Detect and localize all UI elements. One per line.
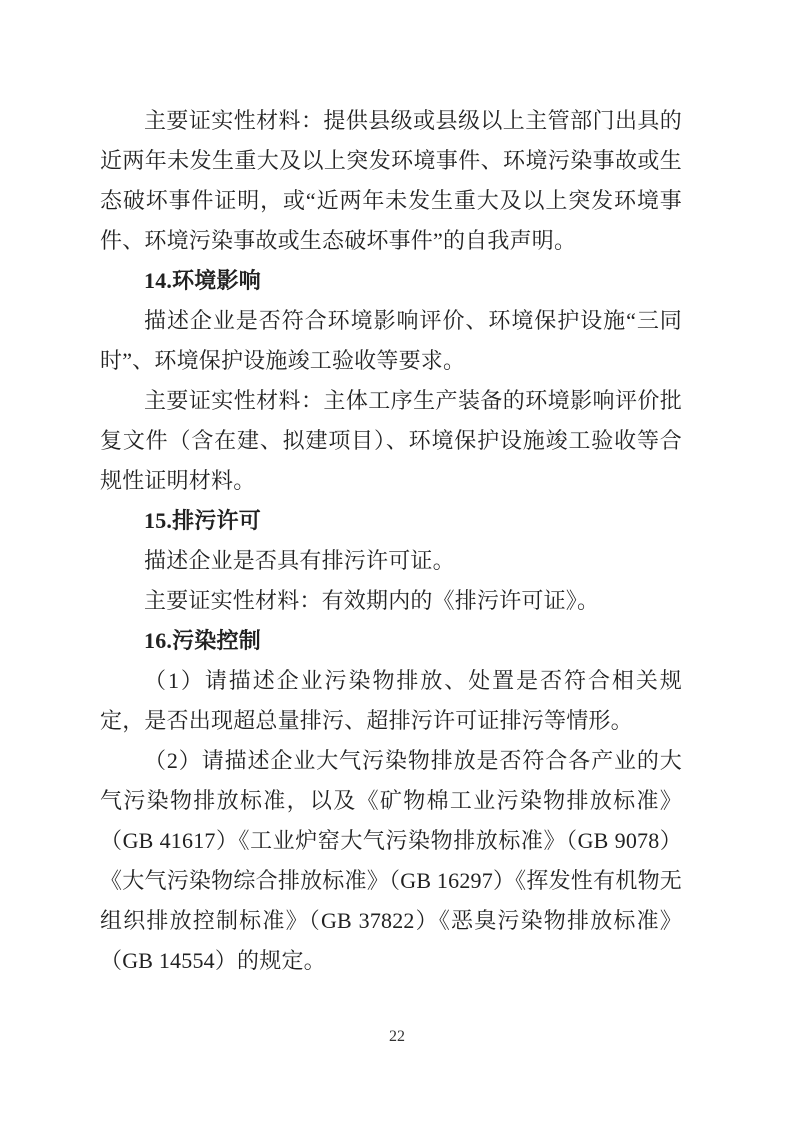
paragraph: 主要证实性材料：主体工序生产装备的环境影响评价批复文件（含在建、拟建项目）、环境…: [100, 381, 682, 501]
page-number: 22: [0, 1028, 794, 1046]
section-heading: 16.污染控制: [100, 621, 682, 661]
paragraph: 主要证实性材料：提供县级或县级以上主管部门出具的近两年未发生重大及以上突发环境事…: [100, 101, 682, 261]
section-heading: 15.排污许可: [100, 501, 682, 541]
document-body: 主要证实性材料：提供县级或县级以上主管部门出具的近两年未发生重大及以上突发环境事…: [100, 101, 682, 981]
paragraph: 描述企业是否符合环境影响评价、环境保护设施“三同时”、环境保护设施竣工验收等要求…: [100, 301, 682, 381]
section-heading: 14.环境影响: [100, 261, 682, 301]
paragraph: 主要证实性材料：有效期内的《排污许可证》。: [100, 581, 682, 621]
document-page: 主要证实性材料：提供县级或县级以上主管部门出具的近两年未发生重大及以上突发环境事…: [0, 0, 794, 1123]
paragraph: （2）请描述企业大气污染物排放是否符合各产业的大气污染物排放标准，以及《矿物棉工…: [100, 741, 682, 981]
paragraph: （1）请描述企业污染物排放、处置是否符合相关规定，是否出现超总量排污、超排污许可…: [100, 661, 682, 741]
paragraph: 描述企业是否具有排污许可证。: [100, 541, 682, 581]
